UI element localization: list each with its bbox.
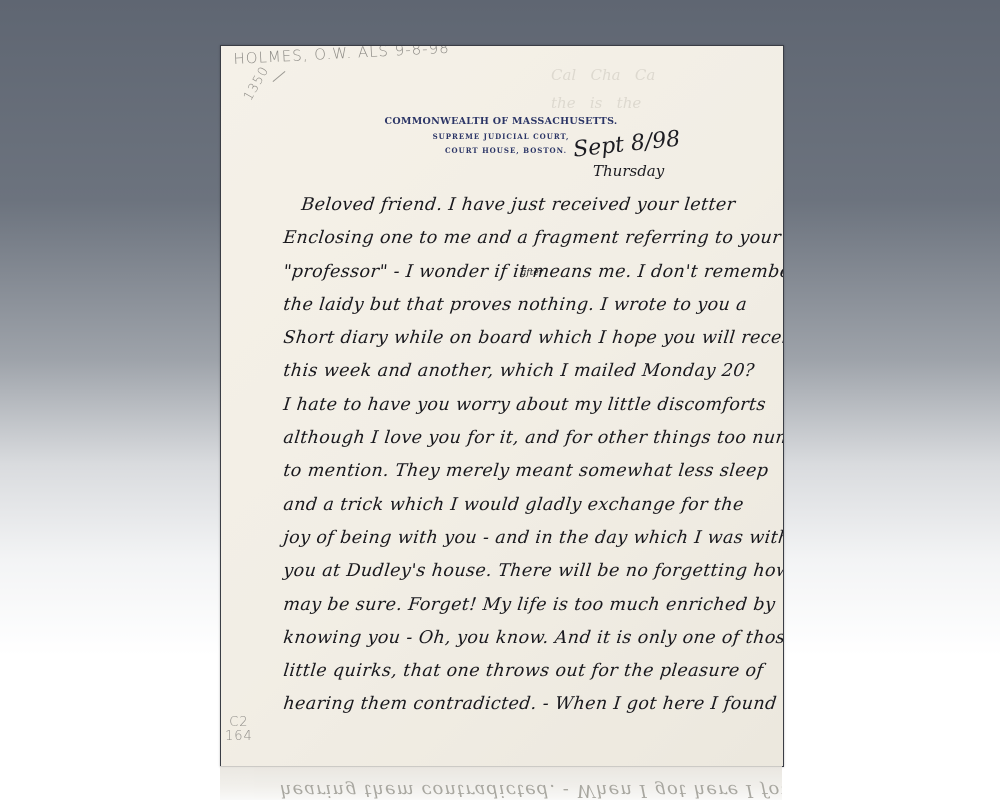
- body-line: little quirks, that one throws out for t…: [281, 658, 774, 691]
- pencil-margin-code-text: C2 164: [225, 716, 253, 744]
- body-line: the laidy but that proves nothing. I wro…: [281, 292, 774, 325]
- body-line: Beloved friend. I have just received you…: [281, 192, 774, 225]
- letter-body: Beloved friend. I have just received you…: [283, 192, 773, 725]
- page-reflection: hearing them contradicted. - When I got …: [220, 766, 782, 800]
- bleed-through-text: the is the: [551, 94, 641, 112]
- pencil-margin-code: C2 164: [225, 716, 253, 744]
- body-line: although I love you for it, and for othe…: [281, 425, 774, 458]
- body-line: I hate to have you worry about my little…: [281, 392, 774, 425]
- letter-weekday: Thursday: [593, 162, 664, 180]
- body-line: and a trick which I would gladly exchang…: [281, 492, 774, 525]
- body-line: this week and another, which I mailed Mo…: [281, 358, 774, 391]
- pencil-price-code: 1350: [241, 64, 273, 104]
- body-line: "professor" - I wonder if it means me. I…: [281, 259, 774, 292]
- body-line: knowing you - Oh, you know. And it is on…: [281, 625, 774, 658]
- body-line: may be sure. Forget! My life is too much…: [281, 592, 774, 625]
- body-line: hearing them contradicted. - When I got …: [281, 691, 774, 724]
- letter-page: HOLMES, O.W. ALS 9-8-98 1350 Cal Cha Ca …: [220, 45, 784, 767]
- pencil-catalog-note: HOLMES, O.W. ALS 9-8-98: [233, 45, 450, 68]
- body-line: to mention. They merely meant somewhat l…: [281, 458, 774, 491]
- letterhead-line-1: COMMONWEALTH OF MASSACHUSETTS.: [371, 116, 631, 127]
- body-line: you at Dudley's house. There will be no …: [281, 558, 774, 591]
- body-line: joy of being with you - and in the day w…: [281, 525, 774, 558]
- body-line: Enclosing one to me and a fragment refer…: [281, 225, 774, 258]
- bleed-through-text: Cal Cha Ca: [551, 66, 655, 84]
- body-line: Short diary while on board which I hope …: [281, 325, 774, 358]
- reflection-text: hearing them contradicted. - When I got …: [280, 780, 760, 800]
- pencil-mark: [273, 71, 286, 82]
